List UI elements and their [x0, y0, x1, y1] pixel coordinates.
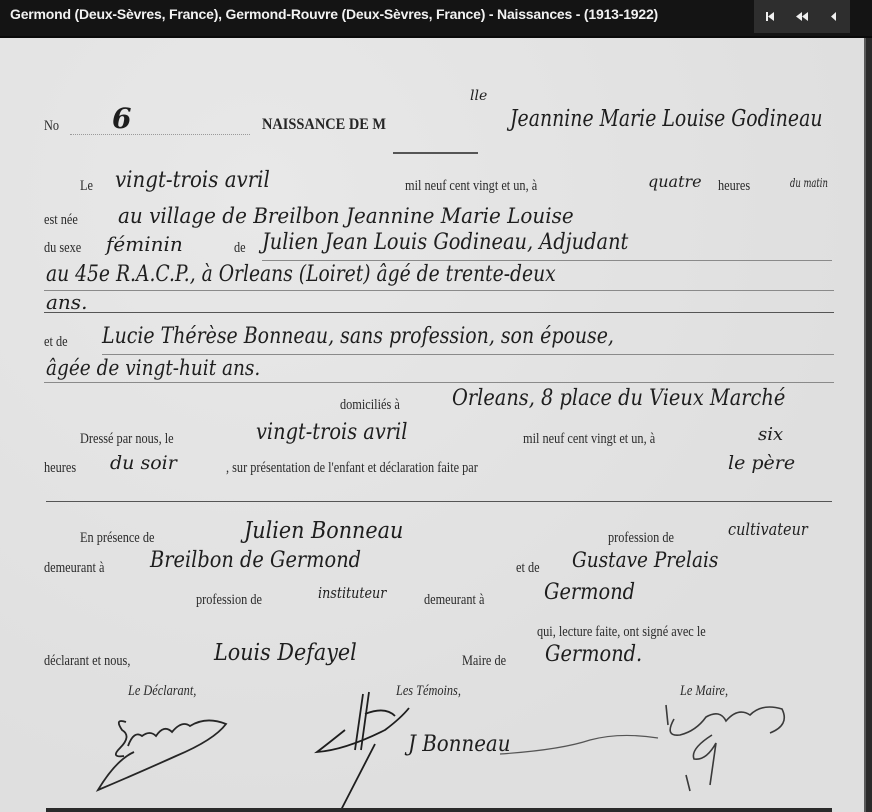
text-profession-de: profession de: [196, 592, 262, 609]
birth-place-and-name: au village de Breilbon Jeannine Marie Lo…: [118, 204, 574, 228]
section-rule: [44, 312, 834, 313]
page-edge-shadow: [866, 38, 872, 812]
document-title: Germond (Deux-Sèvres, France), Germond-R…: [10, 6, 658, 22]
text-dresse-par-nous: Dressé par nous, le: [80, 431, 174, 448]
witness2-residence: Germond: [544, 580, 635, 605]
signature-flourish: [500, 730, 660, 760]
text-du-sexe: du sexe: [44, 240, 81, 257]
mother-age: âgée de vingt-huit ans.: [46, 356, 260, 380]
text-de: de: [234, 240, 246, 257]
text-est-nee: est née: [44, 212, 78, 229]
first-page-button[interactable]: [754, 0, 786, 33]
text-le: Le: [80, 178, 93, 195]
parents-address: Orleans, 8 place du Vieux Marché: [452, 386, 785, 411]
page-navigation: [754, 0, 850, 33]
text-heures: heures: [44, 460, 76, 477]
registration-date-handwritten: vingt-trois avril: [256, 420, 407, 445]
record-heading-superscript: lle: [470, 88, 487, 104]
text-underline: [262, 260, 832, 261]
bottom-rule: [46, 808, 832, 812]
declarant-label: Le Déclarant,: [128, 683, 196, 700]
rewind-button[interactable]: [786, 0, 818, 33]
text-underline: [44, 290, 834, 291]
record-heading: NAISSANCE DE M: [262, 116, 386, 134]
witness1-profession: cultivateur: [728, 520, 808, 540]
text-en-presence-de: En présence de: [80, 530, 154, 547]
fast-backward-icon: [795, 11, 809, 22]
mayor-signature: [650, 695, 810, 795]
text-demeurant-a: demeurant à: [44, 560, 104, 577]
witness1-residence: Breilbon de Germond: [150, 548, 361, 573]
text-heures: heures: [718, 178, 750, 195]
text-lecture-faite: qui, lecture faite, ont signé avec le: [537, 624, 706, 641]
record-number-label: No: [44, 118, 59, 135]
text-presentation: , sur présentation de l'enfant et déclar…: [226, 460, 478, 477]
text-underline: [102, 354, 834, 355]
text-year: mil neuf cent vingt et un, à: [405, 178, 537, 195]
text-year: mil neuf cent vingt et un, à: [523, 431, 655, 448]
father-age-continued: ans.: [46, 290, 87, 314]
registration-hour-handwritten: six: [758, 424, 783, 445]
record-number-value: 6: [112, 102, 131, 135]
father-name-occupation: Julien Jean Louis Godineau, Adjudant: [262, 230, 628, 255]
registration-period-handwritten: du soir: [110, 452, 177, 474]
text-et-de: et de: [44, 334, 68, 351]
birth-date-handwritten: vingt-trois avril: [115, 168, 270, 193]
text-profession-de: profession de: [608, 530, 674, 547]
text-domicilies: domiciliés à: [340, 397, 400, 414]
birth-period-handwritten: du matin: [790, 176, 828, 190]
text-demeurant-a: demeurant à: [424, 592, 484, 609]
mayor-name: Louis Defayel: [214, 640, 357, 666]
heading-underline: [393, 152, 478, 154]
sex-handwritten: féminin: [106, 232, 183, 256]
text-et-de: et de: [516, 560, 540, 577]
skip-to-first-icon: [765, 11, 775, 22]
father-regiment-age: au 45e R.A.C.P., à Orleans (Loiret) âgé …: [46, 262, 556, 287]
text-maire-de: Maire de: [462, 653, 506, 670]
child-full-name: Jeannine Marie Louise Godineau: [510, 106, 822, 132]
birth-hour-handwritten: quatre: [648, 172, 702, 191]
text-declarant-et-nous: déclarant et nous,: [44, 653, 130, 670]
section-rule: [46, 501, 832, 502]
declarant-handwritten: le père: [728, 452, 795, 474]
mother-name-status: Lucie Thérèse Bonneau, sans profession, …: [102, 324, 614, 349]
witness1-signature: [305, 690, 425, 812]
witness2-name: Gustave Prelais: [572, 548, 718, 572]
commune-name: Germond.: [545, 642, 642, 667]
witness2-profession: instituteur: [318, 584, 386, 602]
previous-icon: [830, 11, 838, 22]
witness2-signature: J Bonneau: [408, 732, 510, 757]
witness1-name: Julien Bonneau: [244, 518, 403, 544]
declarant-signature: [86, 700, 246, 795]
viewer-toolbar: Germond (Deux-Sèvres, France), Germond-R…: [0, 0, 872, 38]
record-number-line: [70, 134, 250, 135]
text-underline: [44, 382, 834, 383]
previous-page-button[interactable]: [818, 0, 850, 33]
